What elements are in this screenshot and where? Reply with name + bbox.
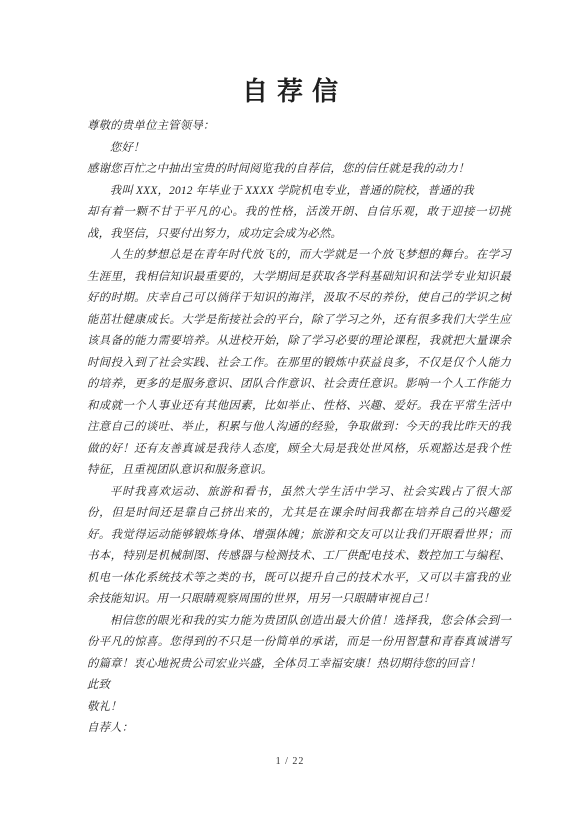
salutation-line: 尊敬的贵单位主管领导： <box>87 116 511 138</box>
document-page: 自荐信 尊敬的贵单位主管领导： 您好！ 感谢您百忙之中抽出宝贵的时间阅览我的自荐… <box>0 0 580 820</box>
thanks-line: 感谢您百忙之中抽出宝贵的时间阅览我的自荐信，您的信任就是我的动力！ <box>87 159 511 181</box>
intro-line-2: 却有着一颗不甘于平凡的心。我的性格，活泼开朗、自信乐观，敢于迎接一切挑战，我坚信… <box>87 202 511 245</box>
letter-body: 尊敬的贵单位主管领导： 您好！ 感谢您百忙之中抽出宝贵的时间阅览我的自荐信，您的… <box>87 116 511 740</box>
document-title: 自荐信 <box>0 71 580 108</box>
hobby-paragraph: 平时我喜欢运动、旅游和看书，虽然大学生活中学习、社会实践占了很大部份，但是时间还… <box>87 482 511 611</box>
closing-paragraph: 相信您的眼光和我的实力能为贵团队创造出最大价值！选择我，您会体会到一份平凡的惊喜… <box>87 611 511 676</box>
greeting-line: 您好！ <box>87 138 511 160</box>
intro-line-1: 我叫 XXX，2012 年毕业于 XXXX 学院机电专业，普通的院校，普通的我 <box>87 181 511 203</box>
dream-paragraph: 人生的梦想总是在青年时代放飞的，而大学就是一个放飞梦想的舞台。在学习生涯里，我相… <box>87 245 511 482</box>
salute-line: 敬礼！ <box>87 697 511 719</box>
cizhi-line: 此致 <box>87 675 511 697</box>
page-number: 1 / 22 <box>0 756 580 767</box>
signature-label: 自荐人： <box>87 718 511 740</box>
